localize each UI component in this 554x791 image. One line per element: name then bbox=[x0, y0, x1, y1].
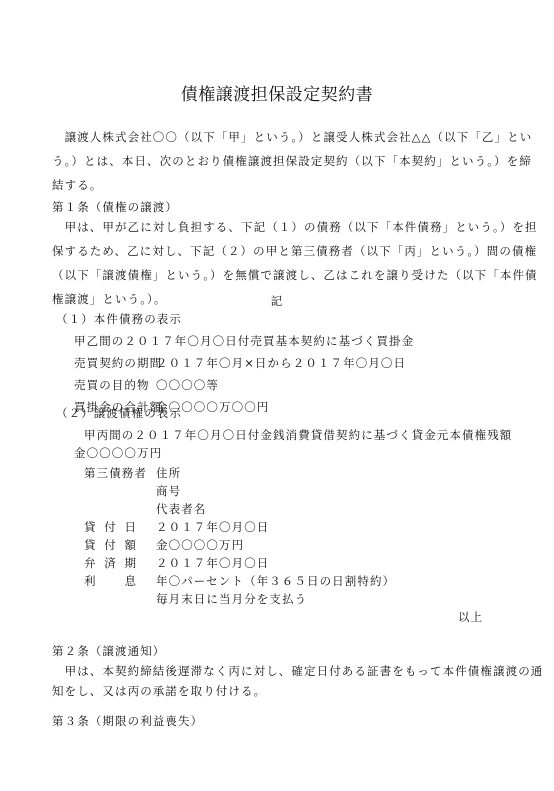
article-2-line-2: 知をし、又は丙の承諾を取り付ける。 bbox=[52, 684, 266, 698]
section-2-line-1: 甲丙間の２０１７年〇月〇日付金銭消費貸借契約に基づく貸金元本債権残額 bbox=[84, 428, 512, 442]
document-title: 債権譲渡担保設定契約書 bbox=[0, 80, 554, 105]
article-1-line-1: 甲は、甲が乙に対し負担する、下記（１）の債務（以下「本件債務」という。）を担 bbox=[52, 220, 538, 234]
label-char: 付 bbox=[104, 520, 116, 534]
interest-label: 利 息 bbox=[84, 574, 136, 588]
sale-period-value: ２０１７年〇月×日から２０１７年〇月〇日 bbox=[156, 356, 406, 370]
preamble-line-1: 譲渡人株式会社〇〇（以下「甲」という。）と譲受人株式会社△△（以下「乙」とい bbox=[52, 130, 532, 144]
loan-date-value: ２０１７年〇月〇日 bbox=[156, 520, 269, 534]
section-1-heading: （１）本件債務の表示 bbox=[56, 312, 182, 326]
label-char: 息 bbox=[125, 574, 137, 588]
loan-amount-value: 金〇〇〇〇万円 bbox=[156, 538, 244, 552]
sale-period-label: 売買契約の期間 bbox=[74, 356, 162, 370]
document-page: 債権譲渡担保設定契約書 譲渡人株式会社〇〇（以下「甲」という。）と譲受人株式会社… bbox=[0, 0, 554, 791]
label-char: 利 bbox=[84, 574, 96, 588]
article-1-heading: 第１条（債権の譲渡） bbox=[52, 200, 178, 214]
sale-object-value: 〇〇〇〇等 bbox=[156, 378, 219, 392]
interest-value: 年〇パーセント（年３６５日の日割特約） bbox=[156, 574, 395, 588]
ki-heading: 記 bbox=[0, 294, 554, 308]
third-debtor-trade-name: 商号 bbox=[156, 484, 181, 498]
interest-note: 毎月末日に当月分を支払う bbox=[156, 592, 307, 606]
section-2-heading: （２）譲渡債権の表示 bbox=[56, 406, 182, 420]
label-char: 日 bbox=[125, 520, 137, 534]
article-2-heading: 第２条（譲渡通知） bbox=[52, 644, 165, 658]
article-2-line-1: 甲は、本契約締結後遅滞なく丙に対し、確定日付ある証書をもって本件債権譲渡の通 bbox=[52, 664, 543, 678]
loan-amount-label: 貸 付 額 bbox=[84, 538, 136, 552]
third-debtor-label: 第三債務者 bbox=[84, 466, 147, 480]
article-3-heading: 第３条（期限の利益喪失） bbox=[52, 714, 203, 728]
repayment-date-value: ２０１７年〇月〇日 bbox=[156, 556, 269, 570]
label-char: 済 bbox=[104, 556, 116, 570]
section-1-line-1: 甲乙間の２０１７年〇月〇日付売買基本契約に基づく買掛金 bbox=[74, 334, 414, 348]
label-char: 貸 bbox=[84, 520, 96, 534]
section-2-line-2: 金〇〇〇〇万円 bbox=[74, 446, 162, 460]
label-char: 弁 bbox=[84, 556, 96, 570]
sale-object-label: 売買の目的物 bbox=[74, 378, 150, 392]
closing-ijou: 以上 bbox=[458, 610, 483, 624]
preamble-line-2: う。）とは、本日、次のとおり債権譲渡担保設定契約（以下「本契約」という。）を締 bbox=[52, 154, 532, 168]
article-1-line-2: 保するため、乙に対し、下記（２）の甲と第三債務者（以下「丙」という。）間の債権 bbox=[52, 244, 537, 258]
article-1-line-3: （以下「譲渡債権」という。）を無償で譲渡し、乙はこれを譲り受けた（以下「本件債 bbox=[52, 268, 538, 282]
label-char: 付 bbox=[104, 538, 116, 552]
loan-date-label: 貸 付 日 bbox=[84, 520, 136, 534]
label-char: 期 bbox=[125, 556, 137, 570]
third-debtor-address: 住所 bbox=[156, 466, 181, 480]
label-char: 貸 bbox=[84, 538, 96, 552]
label-char: 額 bbox=[125, 538, 137, 552]
third-debtor-representative: 代表者名 bbox=[156, 502, 206, 516]
repayment-date-label: 弁 済 期 bbox=[84, 556, 136, 570]
preamble-line-3: 結する。 bbox=[52, 178, 102, 192]
